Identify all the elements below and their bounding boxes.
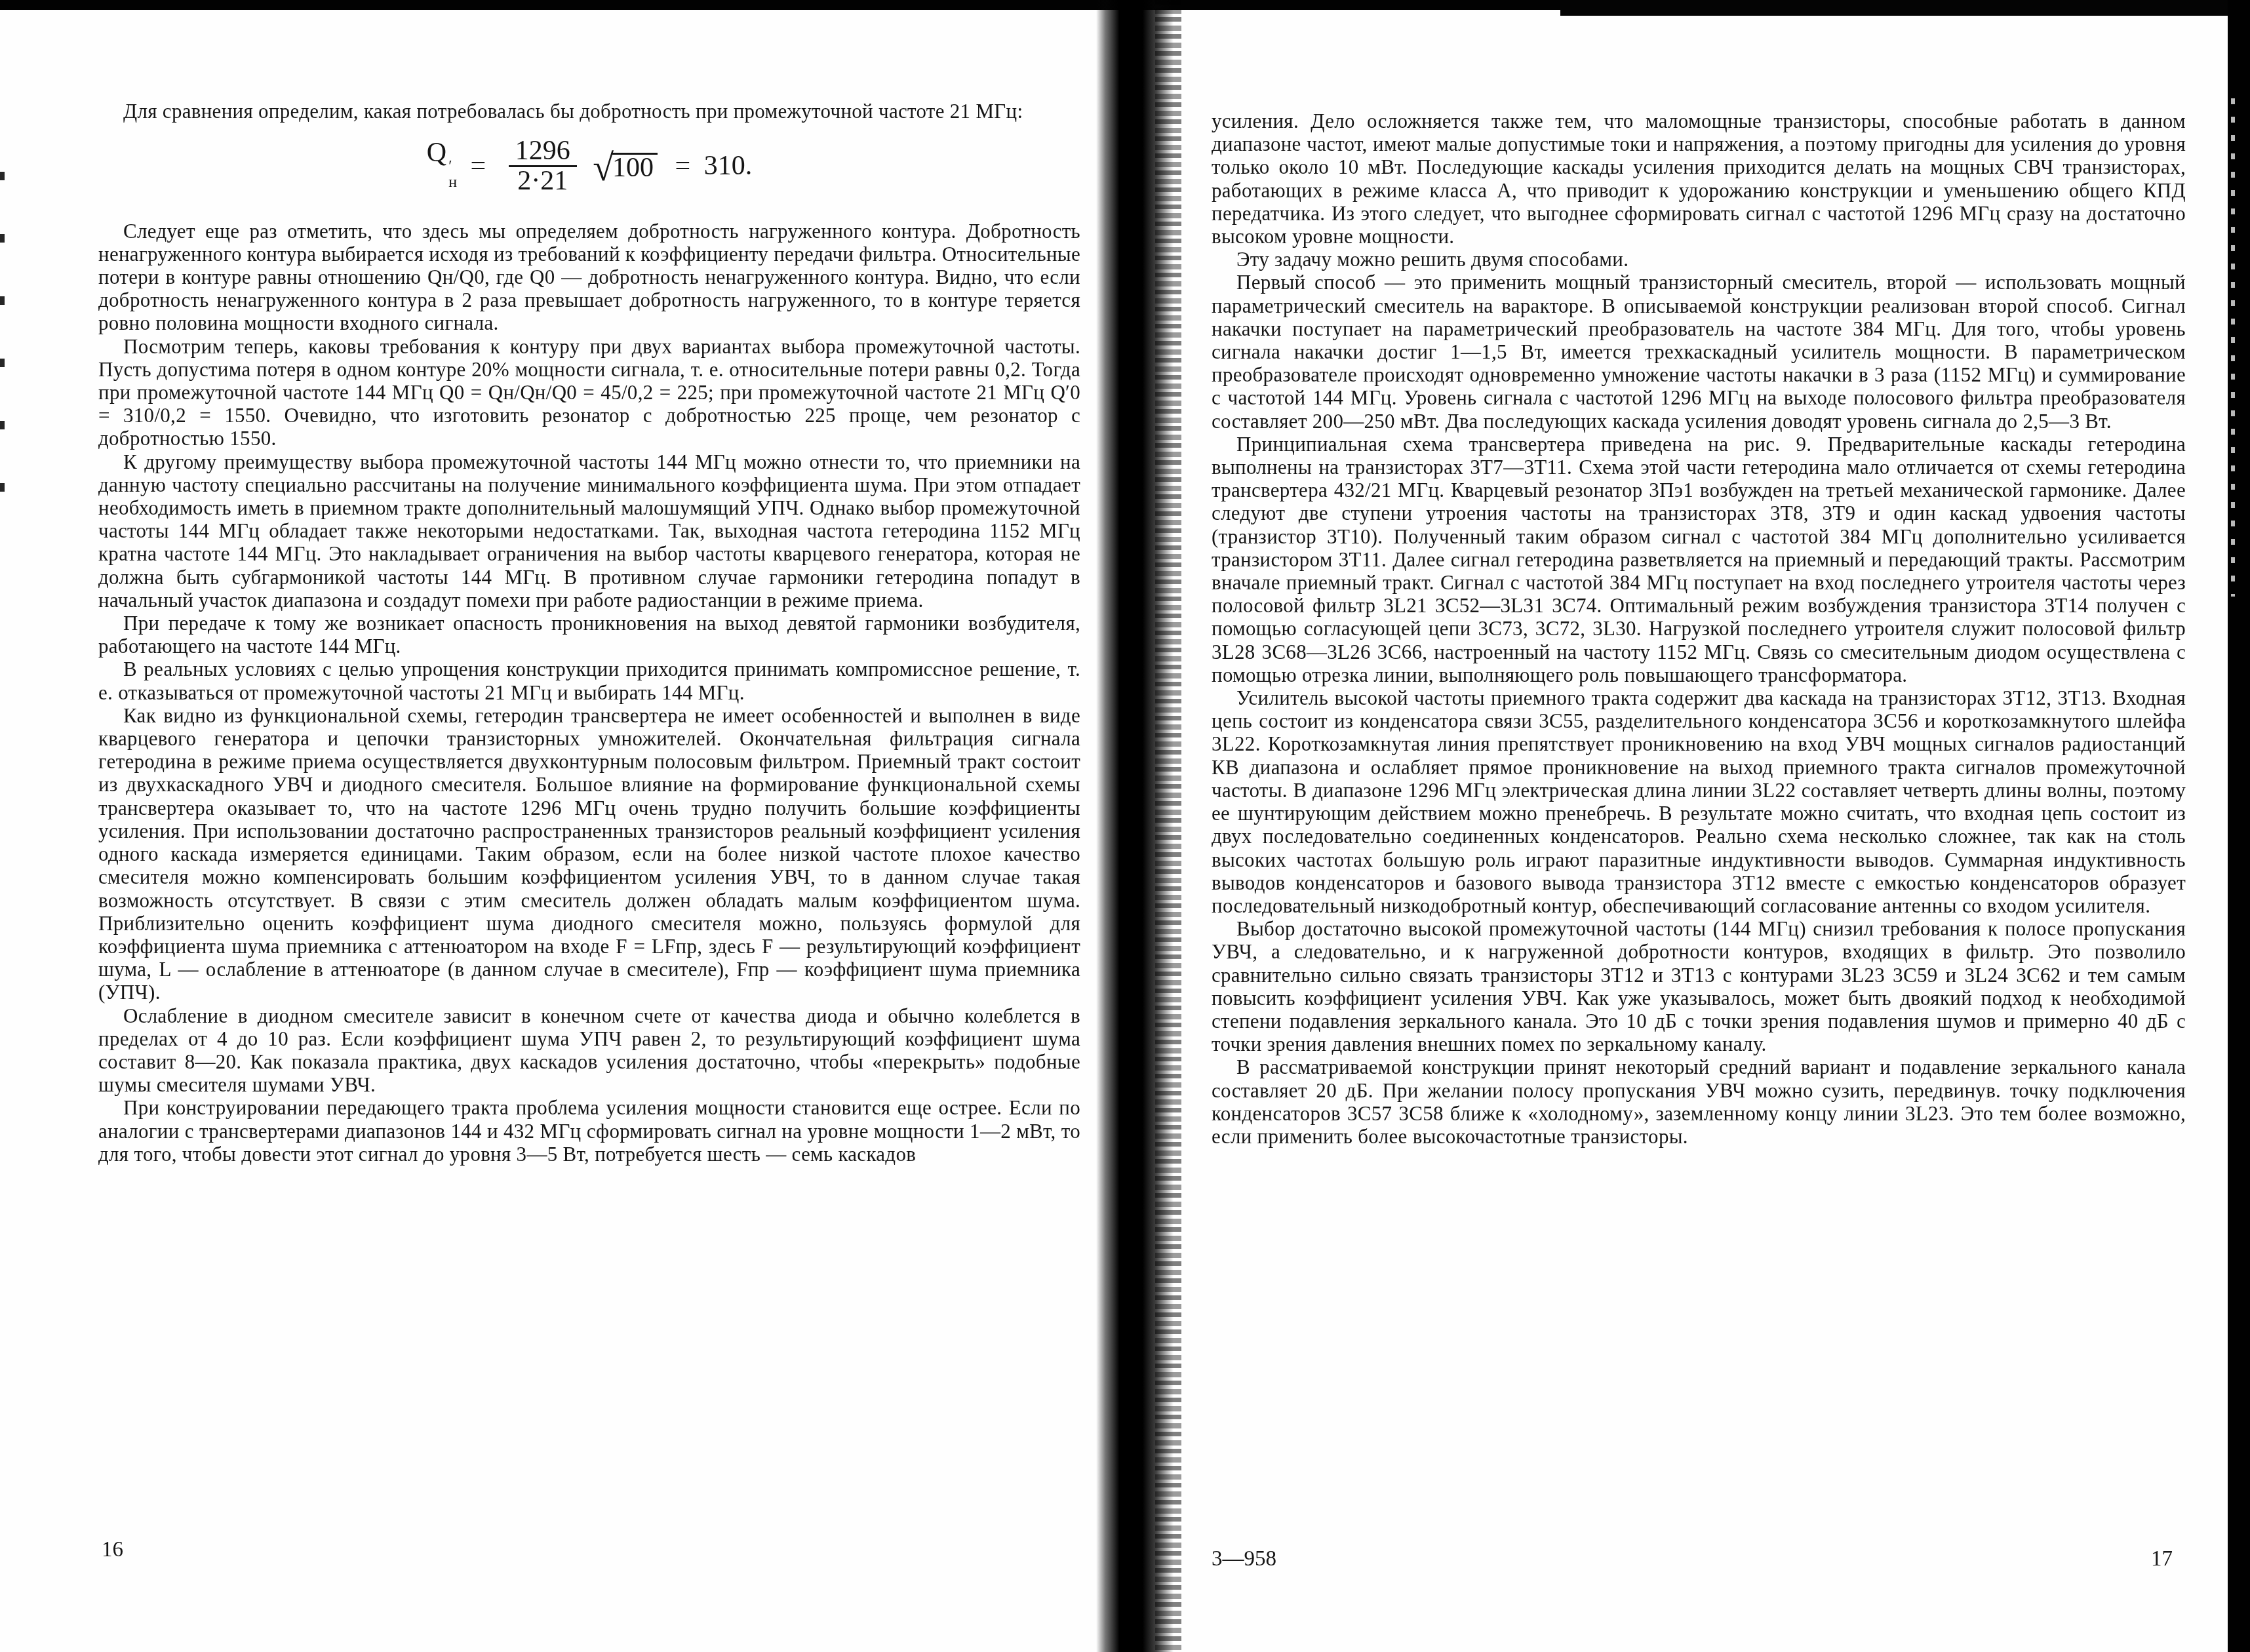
right-page-footer: 3—958 17 bbox=[1212, 1547, 2173, 1571]
scan-left-edge-specks bbox=[0, 172, 5, 539]
intro-paragraph: Для сравнения определим, какая потребова… bbox=[98, 100, 1080, 123]
formula-subscript: н bbox=[448, 174, 457, 191]
paragraph: Следует еще раз отметить, что здесь мы о… bbox=[98, 220, 1080, 335]
q-factor-formula: Q′н = 12962·21 √100 = 310. bbox=[98, 140, 1080, 193]
formula-equals-sign: = bbox=[470, 151, 486, 181]
formula-square-root: √100 bbox=[593, 153, 658, 180]
scan-top-edge-right bbox=[1560, 0, 2250, 16]
continuation-paragraph: усиления. Дело осложняется также тем, чт… bbox=[1212, 109, 2186, 248]
right-page: усиления. Дело осложняется также тем, чт… bbox=[1212, 109, 2186, 1148]
paragraph: К другому преимуществу выбора промежуточ… bbox=[98, 450, 1080, 612]
paragraph: Принципиальная схема трансвертера привед… bbox=[1212, 433, 2186, 686]
paragraph: Усилитель высокой частоты приемного трак… bbox=[1212, 686, 2186, 917]
formula-sup-sub: ′н bbox=[448, 158, 457, 191]
formula-denominator: 2·21 bbox=[509, 167, 577, 193]
paragraph: Выбор достаточно высокой промежуточной ч… bbox=[1212, 917, 2186, 1055]
paragraph: В рассматриваемой конструкции принят нек… bbox=[1212, 1055, 2186, 1148]
book-spread: Для сравнения определим, какая потребова… bbox=[0, 0, 2250, 1652]
paragraph: При передаче к тому же возникает опаснос… bbox=[98, 612, 1080, 658]
binding-gutter-ragged-edge bbox=[1155, 0, 1181, 1652]
left-page: Для сравнения определим, какая потребова… bbox=[98, 100, 1080, 1166]
formula-fraction: 12962·21 bbox=[509, 140, 577, 193]
formula-q-symbol: Q bbox=[427, 138, 446, 168]
page-number-left: 16 bbox=[102, 1538, 123, 1562]
formula-lhs: Q′н bbox=[427, 142, 457, 191]
paragraph: В реальных условиях с целью упрощения ко… bbox=[98, 658, 1080, 703]
paragraph: Эту задачу можно решить двумя способами. bbox=[1212, 248, 2186, 271]
left-page-body: Следует еще раз отметить, что здесь мы о… bbox=[98, 220, 1080, 1166]
page-number-right: 17 bbox=[2151, 1547, 2173, 1571]
formula-result: 310. bbox=[704, 155, 753, 178]
right-page-body: Эту задачу можно решить двумя способами.… bbox=[1212, 248, 2186, 1148]
paragraph: Ослабление в диодном смесителе зависит в… bbox=[98, 1004, 1080, 1097]
paragraph: Первый способ — это применить мощный тра… bbox=[1212, 271, 2186, 432]
formula-equals-sign-2: = bbox=[675, 151, 691, 181]
print-signature: 3—958 bbox=[1212, 1547, 1276, 1571]
formula-prime: ′ bbox=[448, 158, 457, 174]
paragraph: Посмотрим теперь, каковы требования к ко… bbox=[98, 335, 1080, 450]
formula-numerator: 1296 bbox=[509, 140, 577, 167]
formula-radicand: 100 bbox=[611, 153, 658, 180]
paragraph: Как видно из функциональной схемы, гетер… bbox=[98, 704, 1080, 1004]
paragraph: При конструировании передающего тракта п… bbox=[98, 1096, 1080, 1166]
scan-right-edge-noise bbox=[2231, 98, 2235, 597]
